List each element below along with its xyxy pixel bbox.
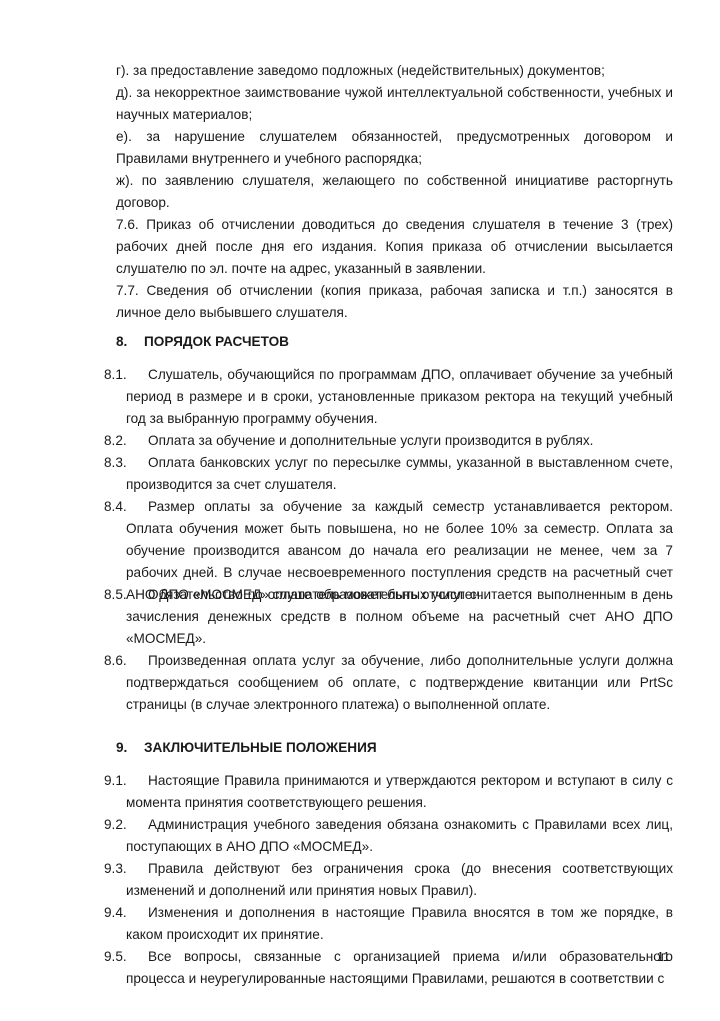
clause-text: Изменения и дополнения в настоящие Прави… (104, 902, 673, 946)
clause-7-7: 7.7. Сведения об отчислении (копия прика… (116, 280, 673, 324)
section-9-number: 9. (116, 737, 144, 759)
clause-9-4: 9.4. Изменения и дополнения в настоящие … (104, 902, 673, 946)
clause-number: 8.4. (104, 496, 127, 518)
document-page: г). за предоставление заведомо подложных… (0, 0, 720, 1021)
clause-number: 8.5. (104, 584, 127, 606)
section-9-title: ЗАКЛЮЧИТЕЛЬНЫЕ ПОЛОЖЕНИЯ (144, 740, 377, 755)
clause-8-6: 8.6. Произведенная оплата услуг за обуче… (104, 650, 673, 716)
clause-number: 9.1. (104, 770, 127, 792)
clause-9-3: 9.3. Правила действуют без ограничения с… (104, 858, 673, 902)
clause-text: Администрация учебного заведения обязана… (104, 814, 673, 858)
clause-text: Слушатель, обучающийся по программам ДПО… (104, 364, 673, 430)
clause-g: г). за предоставление заведомо подложных… (116, 60, 673, 82)
section-8-number: 8. (116, 331, 144, 353)
clause-number: 8.3. (104, 452, 127, 474)
clause-text: Произведенная оплата услуг за обучение, … (104, 650, 673, 716)
clause-7-6: 7.6. Приказ об отчислении доводиться до … (116, 214, 673, 280)
clause-number: 8.1. (104, 364, 127, 386)
section-8-title: ПОРЯДОК РАСЧЕТОВ (144, 334, 289, 349)
clause-number: 9.3. (104, 858, 127, 880)
clause-number: 9.4. (104, 902, 127, 924)
clause-8-2: 8.2. Оплата за обучение и дополнительные… (104, 430, 673, 452)
clause-number: 9.5. (104, 946, 127, 968)
clause-9-5: 9.5. Все вопросы, связанные с организаци… (104, 946, 673, 990)
clause-9-2: 9.2. Администрация учебного заведения об… (104, 814, 673, 858)
clause-text: Правила действуют без ограничения срока … (104, 858, 673, 902)
clause-number: 8.6. (104, 650, 127, 672)
clause-8-3: 8.3. Оплата банковских услуг по пересылк… (104, 452, 673, 496)
clause-text: Все вопросы, связанные с организацией пр… (104, 946, 673, 990)
clause-text: Настоящие Правила принимаются и утвержда… (104, 770, 673, 814)
clause-8-1: 8.1. Слушатель, обучающийся по программа… (104, 364, 673, 430)
clause-9-1: 9.1. Настоящие Правила принимаются и утв… (104, 770, 673, 814)
clause-zh: ж). по заявлению слушателя, желающего по… (116, 170, 673, 214)
section-8-heading: 8.ПОРЯДОК РАСЧЕТОВ (116, 331, 289, 353)
clause-number: 9.2. (104, 814, 127, 836)
clause-text: Оплата банковских услуг по пересылке сум… (104, 452, 673, 496)
clause-text: Обязательство по оплате образовательных … (104, 584, 673, 650)
clause-number: 8.2. (104, 430, 127, 452)
clause-8-5: 8.5. Обязательство по оплате образовател… (104, 584, 673, 650)
section-9-heading: 9.ЗАКЛЮЧИТЕЛЬНЫЕ ПОЛОЖЕНИЯ (116, 737, 377, 759)
page-number: 11 (657, 950, 670, 964)
clause-d: д). за некорректное заимствование чужой … (116, 82, 673, 126)
clause-text: Оплата за обучение и дополнительные услу… (104, 430, 673, 452)
clause-e: е). за нарушение слушателем обязанностей… (116, 126, 673, 170)
